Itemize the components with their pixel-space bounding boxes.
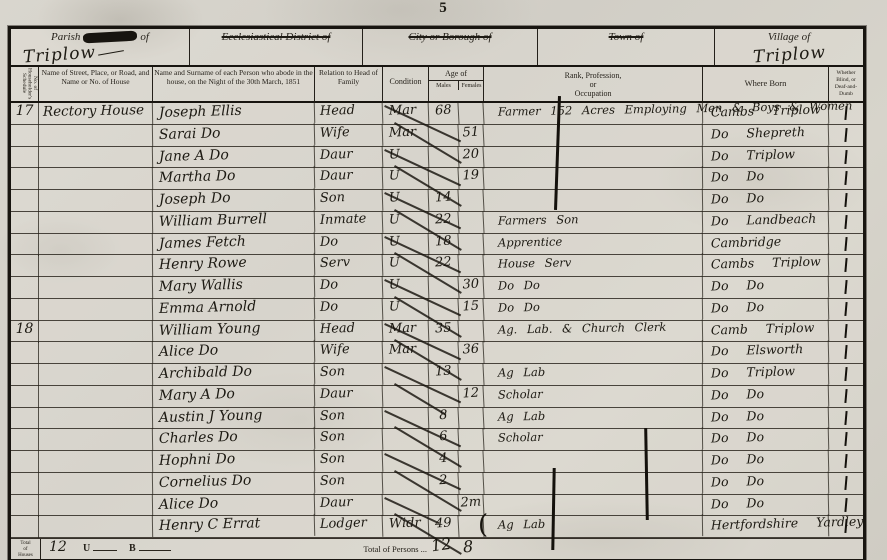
cell-where-born: Do Do [703, 384, 830, 409]
census-row: Sarai DoWifeMar51Do Shepreth [11, 125, 863, 147]
cell-street-or-house [39, 385, 153, 409]
census-row: Jane A DoDaurU20Do Triplow [11, 147, 863, 169]
cell-person-name: Henry C Errat [153, 514, 316, 540]
cell-street-or-house [39, 124, 153, 148]
census-row: Alice DoWifeMar36Do Elsworth [11, 342, 863, 364]
age-of-label: Age of [429, 67, 483, 81]
tally-mark [844, 519, 847, 533]
cell-condition: Mar [383, 341, 430, 365]
census-row: Martha DoDaurU19Do Do [11, 168, 863, 190]
cell-age-male [428, 124, 459, 148]
cell-condition: U [383, 146, 430, 170]
cell-where-born: Do Landbeach [703, 210, 830, 235]
census-row: Hophni DoSon4Do Do [11, 451, 863, 473]
census-row: Austin J YoungSon8Ag LabDo Do [11, 408, 863, 430]
cell-relation: Inmate [315, 211, 384, 235]
tally-mark [844, 128, 847, 142]
tally-mark [844, 258, 847, 272]
cell-blind-deaf [829, 168, 863, 190]
cell-relation: Son [315, 363, 384, 387]
cell-relation: Son [315, 472, 384, 496]
tally-mark [844, 497, 847, 511]
cell-schedule-number [11, 429, 39, 451]
cell-schedule-number [11, 342, 39, 364]
total-persons-label: Total of Persons ... [311, 544, 427, 554]
cell-relation: Son [315, 406, 384, 430]
cell-street-or-house [39, 363, 153, 387]
cell-age-female [458, 429, 484, 452]
parish-cell: Parishof Triplow [11, 29, 190, 65]
tally-mark [844, 302, 847, 316]
cell-age-female [458, 407, 484, 430]
col-header-blind: WhetherBlind, orDeaf-and-Dumb [829, 67, 863, 101]
building-label: B [129, 542, 171, 554]
town-label: Town of [538, 29, 714, 43]
cell-blind-deaf [829, 408, 863, 430]
census-row: Cornelius DoSon2Do Do [11, 473, 863, 495]
cell-occupation: Ag Lab [484, 514, 703, 540]
cell-blind-deaf [829, 299, 863, 321]
cell-schedule-number [11, 234, 39, 256]
census-row: 18William YoungHeadMar35Ag. Lab. & Churc… [11, 321, 863, 343]
cell-age-female [458, 320, 484, 343]
cell-age-female [458, 450, 484, 473]
cell-age-male: 6 [428, 428, 459, 452]
census-row: Archibald DoSon13Ag LabDo Triplow [11, 364, 863, 386]
total-houses-label: TotalofHouses [11, 539, 41, 560]
city-cell: City or Borough of [363, 29, 538, 65]
cell-condition: U [383, 254, 430, 278]
page-number: 5 [439, 0, 447, 17]
cell-age-male: 14 [428, 189, 459, 213]
cell-schedule-number [11, 386, 39, 408]
cell-blind-deaf [829, 125, 863, 147]
cell-schedule-number [11, 277, 39, 299]
census-row: Henry RoweServU22House ServCambs Triplow [11, 255, 863, 277]
cell-blind-deaf [829, 364, 863, 386]
census-row: Charles DoSon6ScholarDo Do [11, 429, 863, 451]
cell-age-male: 22 [428, 211, 459, 235]
age-females-label: Females [459, 81, 484, 90]
cell-age-male [428, 298, 459, 322]
cell-condition [383, 407, 430, 431]
cell-condition [383, 494, 430, 518]
col-header-relation: Relation to Head of Family [315, 67, 383, 101]
cell-age-female [458, 189, 484, 212]
cell-relation: Daur [315, 385, 384, 409]
cell-schedule-number [11, 147, 39, 169]
cell-age-female [458, 233, 484, 256]
tally-mark [844, 432, 847, 446]
cell-blind-deaf [829, 321, 863, 343]
col-header-street: Name of Street, Place, or Road, and Name… [39, 67, 153, 101]
col-header-schedule: No. of Householder's Schedule [11, 67, 39, 101]
cell-blind-deaf [829, 451, 863, 473]
cell-street-or-house [39, 254, 153, 278]
census-row: Emma ArnoldDoU15Do DoDo Do [11, 299, 863, 321]
cell-age-male [428, 167, 459, 191]
parish-label: Parishof [11, 29, 189, 43]
cell-age-male [428, 494, 459, 518]
cell-street-or-house [39, 494, 153, 518]
cell-blind-deaf [829, 234, 863, 256]
town-cell: Town of [538, 29, 715, 65]
cell-blind-deaf [829, 147, 863, 169]
tally-mark [844, 345, 847, 359]
age-males-label: Males [429, 81, 459, 90]
cell-street-or-house [39, 450, 153, 474]
parish-value: Triplow [22, 41, 124, 68]
cell-blind-deaf [829, 190, 863, 212]
cell-condition: Mar [383, 102, 430, 126]
cell-street-or-house [39, 320, 153, 344]
cell-age-male [428, 276, 459, 300]
col-header-condition: Condition [383, 67, 429, 101]
col-header-born: Where Born [703, 67, 829, 101]
tally-mark [844, 215, 847, 229]
cell-relation: Wife [315, 124, 384, 148]
cell-schedule-number [11, 190, 39, 212]
cell-where-born: Hertfordshire Yardley [703, 515, 830, 540]
cell-blind-deaf [829, 212, 863, 234]
cell-street-or-house [39, 298, 153, 322]
cell-schedule-number [11, 473, 39, 495]
cell-age-male: 35 [428, 320, 459, 344]
total-persons-females: 8 [462, 537, 473, 557]
cell-street-or-house: Rectory House [39, 102, 153, 126]
col-header-name: Name and Surname of each Person who abod… [153, 67, 315, 101]
cell-condition [383, 450, 430, 474]
tally-mark [844, 193, 847, 207]
cell-relation: Do [315, 232, 384, 256]
census-row: Mary A DoDaur12ScholarDo Do [11, 386, 863, 408]
cell-condition: Mar [383, 320, 430, 344]
cell-condition: U [383, 189, 430, 213]
cell-street-or-house [39, 428, 153, 452]
city-label: City or Borough of [363, 29, 537, 43]
column-headers: No. of Householder's Schedule Name of St… [11, 67, 863, 103]
cell-age-female [458, 472, 484, 495]
cell-schedule-number [11, 255, 39, 277]
tally-mark [844, 149, 847, 163]
cell-relation: Son [315, 428, 384, 452]
blank-line [93, 542, 117, 551]
cell-street-or-house [39, 211, 153, 235]
cell-relation: Wife [315, 341, 384, 365]
totals-row: TotalofHouses 12 U B Total of Persons ..… [11, 538, 863, 560]
cell-blind-deaf [829, 103, 863, 125]
tally-mark [844, 367, 847, 381]
village-cell: Village of Triplow [715, 29, 863, 65]
cell-schedule-number [11, 299, 39, 321]
cell-schedule-number [11, 495, 39, 517]
cell-schedule-number [11, 212, 39, 234]
col-header-occupation: Rank, Profession,orOccupation [484, 67, 703, 101]
cell-street-or-house [39, 341, 153, 365]
cell-condition: U [383, 211, 430, 235]
cell-schedule-number [11, 516, 39, 538]
tally-mark [844, 171, 847, 185]
cell-schedule-number: 17 [11, 103, 39, 125]
cell-blind-deaf [829, 342, 863, 364]
cell-age-female [458, 516, 484, 539]
cell-blind-deaf [829, 386, 863, 408]
cell-schedule-number: 18 [11, 321, 39, 343]
cell-street-or-house [39, 276, 153, 300]
col-header-age: Age of Males Females [429, 67, 484, 101]
cell-age-male: 18 [428, 233, 459, 257]
cell-street-or-house [39, 472, 153, 496]
census-rows: 17Rectory HouseJoseph EllisHeadMar68Farm… [11, 103, 863, 538]
cell-age-female [458, 363, 484, 386]
cell-age-female: 36 [458, 342, 484, 365]
cell-condition: U [383, 167, 430, 191]
cell-condition [383, 472, 430, 496]
cell-relation: Daur [315, 167, 384, 191]
cell-age-female: 12 [458, 385, 484, 408]
cell-relation: Do [315, 298, 384, 322]
cell-relation: Head [315, 102, 384, 126]
cell-relation: Daur [315, 145, 384, 169]
cell-relation: Serv [315, 254, 384, 278]
census-form: Parishof Triplow Ecclesiastical District… [8, 26, 866, 560]
cell-age-female: 15 [458, 298, 484, 321]
tally-mark [844, 236, 847, 250]
cell-age-male: 13 [428, 363, 459, 387]
cell-relation: Son [315, 450, 384, 474]
cell-condition: U [383, 276, 430, 300]
cell-condition: U [383, 233, 430, 257]
cell-blind-deaf [829, 429, 863, 451]
cell-blind-deaf [829, 277, 863, 299]
uninhabited-label: U [83, 542, 117, 554]
cell-relation: Lodger [315, 515, 384, 539]
cell-street-or-house [39, 189, 153, 213]
census-row: James FetchDoU18ApprenticeCambridge [11, 234, 863, 256]
district-cell: Ecclesiastical District of [190, 29, 363, 65]
cell-age-female: 2m [458, 494, 484, 517]
census-row: 17Rectory HouseJoseph EllisHeadMar68Farm… [11, 103, 863, 125]
cell-age-male: 2 [428, 472, 459, 496]
cell-where-born: Do Shepreth [703, 123, 830, 148]
cell-age-female: 30 [458, 276, 484, 299]
tally-mark [844, 280, 847, 294]
cell-age-female: 19 [458, 168, 484, 191]
census-row: Alice DoDaur2mDo Do [11, 495, 863, 517]
cell-condition [383, 428, 430, 452]
cell-age-male: 22 [428, 254, 459, 278]
cell-condition [383, 363, 430, 387]
cell-age-male [428, 146, 459, 170]
cell-relation: Son [315, 189, 384, 213]
cell-schedule-number [11, 125, 39, 147]
cell-age-male [428, 385, 459, 409]
cell-relation: Daur [315, 493, 384, 517]
cell-street-or-house [39, 233, 153, 257]
cell-schedule-number [11, 408, 39, 430]
cell-schedule-number [11, 451, 39, 473]
cell-condition: U [383, 298, 430, 322]
cell-condition [383, 385, 430, 409]
cell-age-female: 51 [458, 124, 484, 147]
district-label: Ecclesiastical District of [190, 29, 362, 43]
census-row: William BurrellInmateU22Farmers SonDo La… [11, 212, 863, 234]
cell-relation: Do [315, 276, 384, 300]
cell-schedule-number [11, 364, 39, 386]
tally-mark [844, 323, 847, 337]
cell-age-female [458, 255, 484, 278]
census-row: Joseph DoSonU14Do Do [11, 190, 863, 212]
cell-blind-deaf [829, 516, 863, 538]
tally-mark [844, 410, 847, 424]
cell-street-or-house [39, 515, 153, 539]
pen-flourish [98, 50, 124, 55]
cell-age-male: 4 [428, 450, 459, 474]
age-subheaders: Males Females [429, 81, 483, 90]
cell-age-female: 20 [458, 146, 484, 169]
tally-mark [844, 389, 847, 403]
cell-age-male: 8 [428, 407, 459, 431]
census-row: Mary WallisDoU30Do DoDo Do [11, 277, 863, 299]
tally-mark [844, 106, 847, 120]
census-scan-page: 5 Parishof Triplow Ecclesiastical Distri… [0, 0, 887, 560]
cell-street-or-house [39, 407, 153, 431]
cell-age-male: 68 [428, 102, 459, 126]
cell-street-or-house [39, 146, 153, 170]
cell-street-or-house [39, 167, 153, 191]
cell-age-male [428, 341, 459, 365]
cell-age-female [458, 102, 484, 125]
cell-condition: Widr [383, 515, 430, 539]
cell-condition: Mar [383, 124, 430, 148]
blank-line [139, 542, 171, 551]
village-value: Triplow [752, 42, 826, 67]
tally-mark [844, 454, 847, 468]
cell-where-born: Do Do [703, 471, 830, 496]
cell-age-female [458, 211, 484, 234]
tally-mark [844, 476, 847, 490]
total-persons-males: 12 [430, 534, 453, 556]
cell-schedule-number [11, 168, 39, 190]
cell-blind-deaf [829, 473, 863, 495]
cell-where-born: Do Do [703, 297, 830, 322]
cell-blind-deaf [829, 255, 863, 277]
cell-relation: Head [315, 319, 384, 343]
form-header-band: Parishof Triplow Ecclesiastical District… [11, 29, 863, 67]
village-label: Village of [715, 29, 863, 43]
total-houses-value: 12 [49, 539, 67, 555]
